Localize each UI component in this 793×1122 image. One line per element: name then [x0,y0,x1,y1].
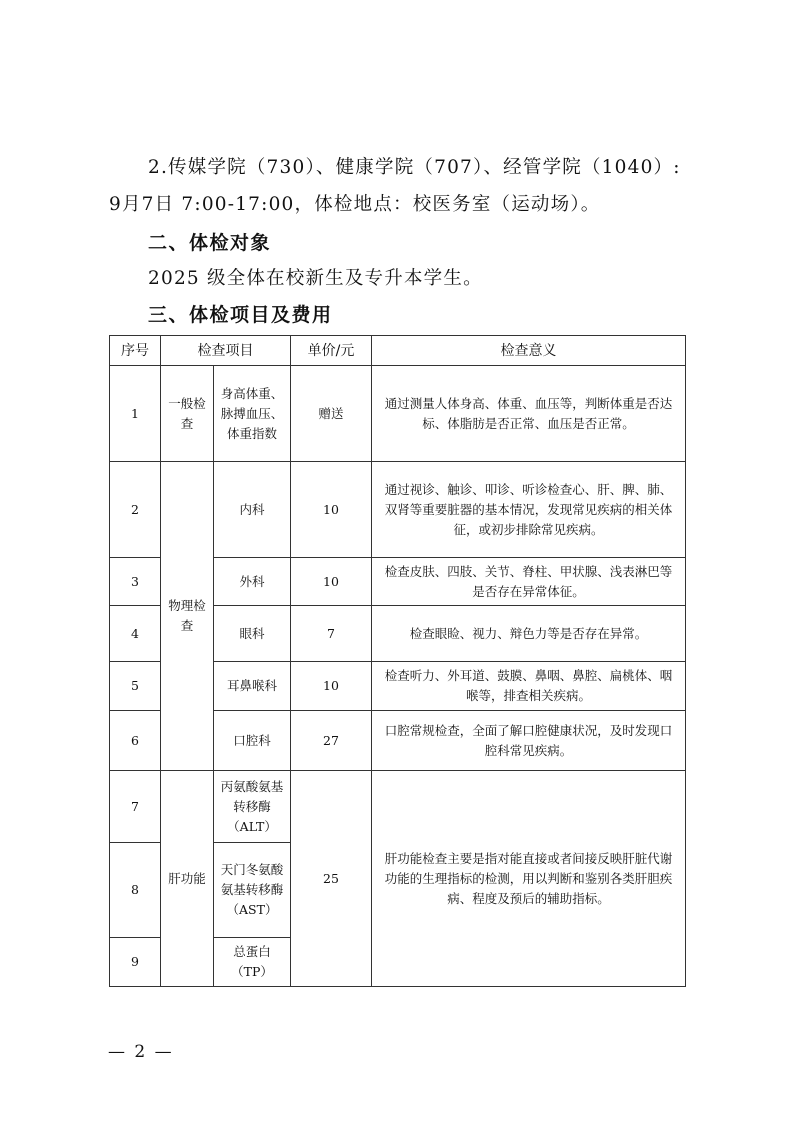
table-row: 2 物理检查 内科 10 通过视诊、触诊、叩诊、听诊检查心、肝、脾、肺、双肾等重… [110,462,686,558]
cell-index: 9 [110,938,161,987]
cell-index: 4 [110,606,161,662]
cell-item: 耳鼻喉科 [214,662,291,711]
cell-index: 3 [110,558,161,606]
table-row: 7 肝功能 丙氨酸氨基转移酶（ALT） 25 肝功能检查主要是指对能直接或者间接… [110,771,686,843]
cell-index: 1 [110,366,161,462]
cell-item: 天门冬氨酸氨基转移酶（AST） [214,843,291,938]
paragraph-schedule-line2: 9月7日 7:00-17:00，体检地点：校医务室（运动场）。 [109,190,600,216]
cell-item: 口腔科 [214,711,291,771]
table-row: 1 一般检查 身高体重、脉搏血压、体重指数 赠送 通过测量人体身高、体重、血压等… [110,366,686,462]
cell-index: 5 [110,662,161,711]
cell-meaning: 检查听力、外耳道、鼓膜、鼻咽、鼻腔、扁桃体、咽喉等，排查相关疾病。 [372,662,686,711]
cell-meaning: 通过测量人体身高、体重、血压等，判断体重是否达标、体脂肪是否正常、血压是否正常。 [372,366,686,462]
cell-index: 6 [110,711,161,771]
cell-item: 眼科 [214,606,291,662]
cell-price: 10 [291,558,372,606]
section-heading-items-fees: 三、体检项目及费用 [148,300,333,327]
cell-meaning-liver: 肝功能检查主要是指对能直接或者间接反映肝脏代谢功能的生理指标的检测，用以判断和鉴… [372,771,686,987]
cell-group-liver: 肝功能 [161,771,214,987]
exam-items-table: 序号 检查项目 单价/元 检查意义 1 一般检查 身高体重、脉搏血压、体重指数 … [109,335,686,987]
cell-group-physical: 物理检查 [161,462,214,771]
cell-meaning: 检查皮肤、四肢、关节、脊柱、甲状腺、浅表淋巴等是否存在异常体征。 [372,558,686,606]
cell-item: 身高体重、脉搏血压、体重指数 [214,366,291,462]
cell-item: 丙氨酸氨基转移酶（ALT） [214,771,291,843]
cell-meaning: 检查眼睑、视力、辩色力等是否存在异常。 [372,606,686,662]
table-header-row: 序号 检查项目 单价/元 检查意义 [110,336,686,366]
section-heading-subjects: 二、体检对象 [148,228,271,255]
cell-price: 10 [291,462,372,558]
header-item: 检查项目 [161,336,291,366]
page-number: — 2 — [108,1042,174,1062]
cell-index: 8 [110,843,161,938]
cell-group-general: 一般检查 [161,366,214,462]
cell-meaning: 通过视诊、触诊、叩诊、听诊检查心、肝、脾、肺、双肾等重要脏器的基本情况，发现常见… [372,462,686,558]
cell-meaning: 口腔常规检查，全面了解口腔健康状况，及时发现口腔科常见疾病。 [372,711,686,771]
cell-item: 外科 [214,558,291,606]
cell-price: 7 [291,606,372,662]
cell-item: 总蛋白（TP） [214,938,291,987]
cell-index: 2 [110,462,161,558]
cell-price: 27 [291,711,372,771]
cell-price: 赠送 [291,366,372,462]
header-meaning: 检查意义 [372,336,686,366]
paragraph-schedule-line1: 2.传媒学院（730）、健康学院（707）、经管学院（1040）: [148,153,681,179]
cell-price-liver: 25 [291,771,372,987]
cell-price: 10 [291,662,372,711]
cell-item: 内科 [214,462,291,558]
header-index: 序号 [110,336,161,366]
paragraph-subjects: 2025 级全体在校新生及专升本学生。 [148,264,483,290]
cell-index: 7 [110,771,161,843]
header-price: 单价/元 [291,336,372,366]
